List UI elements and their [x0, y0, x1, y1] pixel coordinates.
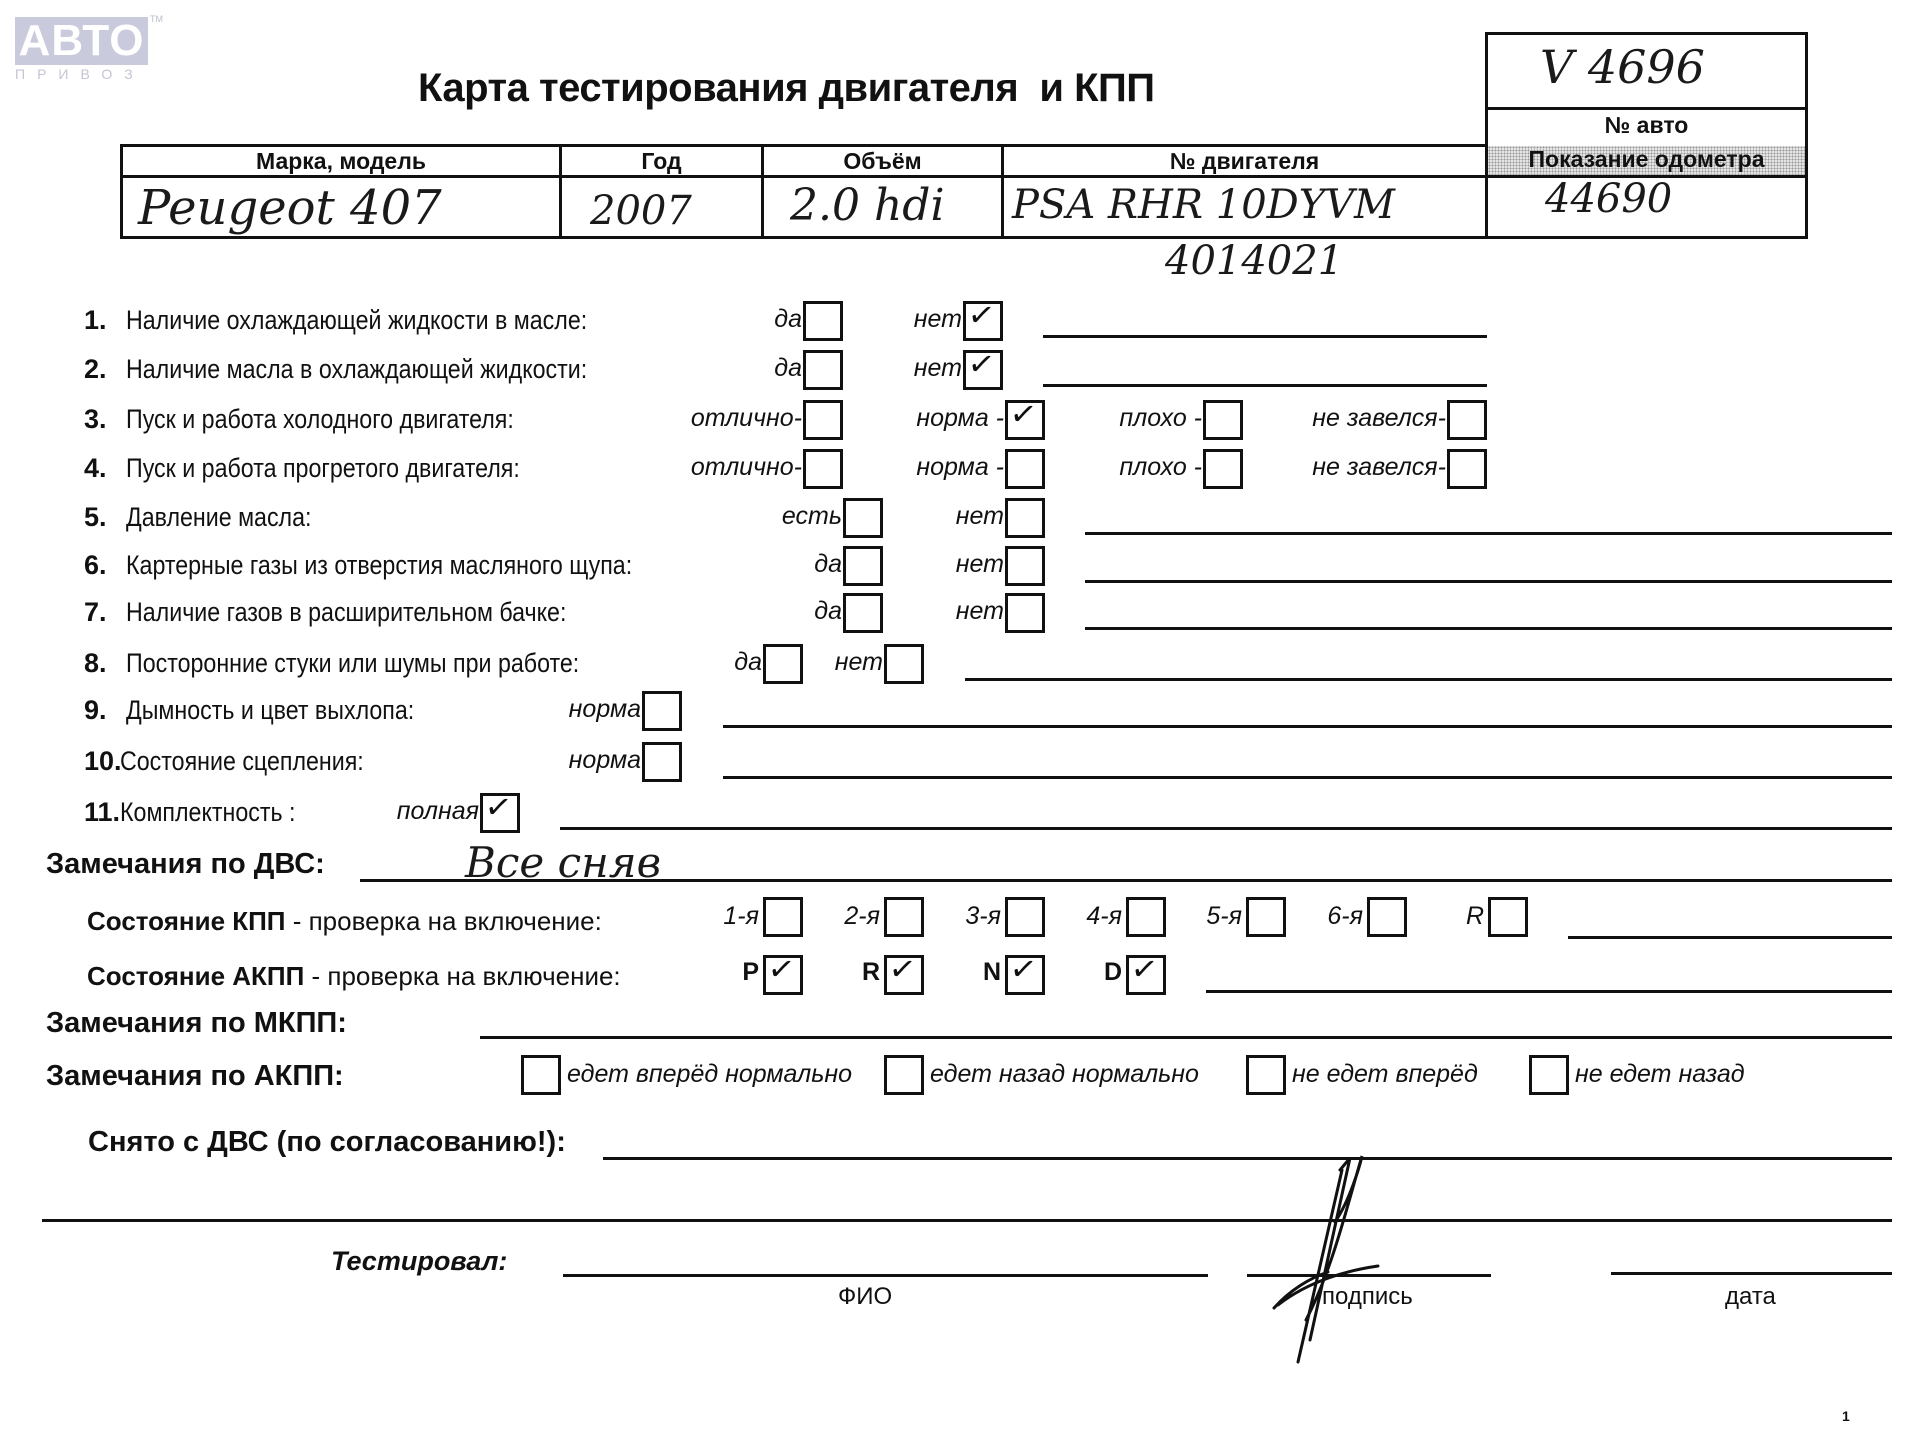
odometer-label: Показание одометра	[1485, 144, 1808, 174]
manual-remarks-line[interactable]	[480, 1036, 1892, 1039]
auto-position-label: P	[742, 958, 759, 987]
checkbox-gear-7[interactable]	[1488, 897, 1528, 937]
checkbox-q10-1[interactable]	[642, 742, 682, 782]
header-volume: Объём	[764, 146, 1001, 176]
auto-gearbox-label: Состояние АКПП - проверка на включение:	[87, 961, 621, 992]
model-value[interactable]: Peugeot 407	[138, 180, 442, 236]
question-number: 6.	[84, 550, 107, 581]
header-model: Марка, модель	[123, 146, 559, 176]
engine-number-value[interactable]: PSA RHR 10DYVM	[1012, 182, 1395, 228]
comment-line[interactable]	[560, 827, 1892, 830]
manual-gearbox-line[interactable]	[1568, 936, 1892, 939]
option-label: нет	[914, 354, 962, 383]
checkmark-icon: ✓	[765, 948, 797, 989]
checkbox-auto-remark-4[interactable]	[1529, 1055, 1569, 1095]
option-label: нет	[956, 597, 1004, 626]
option-label: не завелся-	[1312, 453, 1446, 482]
page-title: Карта тестирования двигателя и КПП	[418, 66, 1155, 111]
comment-line[interactable]	[723, 725, 1892, 728]
question-number: 7.	[84, 597, 107, 628]
question-text: Пуск и работа прогретого двигателя:	[126, 453, 520, 484]
auto-remark-label: едет вперёд нормально	[567, 1060, 852, 1089]
option-label: да	[734, 648, 762, 677]
car-number-label: № авто	[1485, 110, 1808, 140]
question-text: Состояние сцепления:	[120, 746, 364, 777]
question-text: Наличие газов в расширительном бачке:	[126, 597, 566, 628]
engine-number-value-line2[interactable]: 4014021	[1165, 238, 1343, 284]
removed-line[interactable]	[603, 1157, 1892, 1160]
question-number: 1.	[84, 305, 107, 336]
option-label: норма	[569, 746, 641, 775]
checkbox-q8-2[interactable]	[884, 644, 924, 684]
signature-scribble	[1250, 1140, 1430, 1380]
checkbox-q3-3[interactable]	[1203, 400, 1243, 440]
option-label: норма -	[916, 453, 1004, 482]
comment-line[interactable]	[965, 678, 1892, 681]
question-text: Пуск и работа холодного двигателя:	[126, 404, 514, 435]
engine-remarks-label: Замечания по ДВС:	[46, 848, 325, 881]
checkmark-icon: ✓	[1007, 948, 1039, 989]
manual-gearbox-label: Состояние КПП - проверка на включение:	[87, 906, 602, 937]
gear-label: 4-я	[1086, 902, 1122, 931]
checkbox-q4-2[interactable]	[1005, 449, 1045, 489]
odometer-value[interactable]: 44690	[1545, 176, 1672, 222]
checkbox-q1-2[interactable]: ✓	[963, 301, 1003, 341]
checkbox-q2-1[interactable]	[803, 350, 843, 390]
date-caption: дата	[1725, 1283, 1776, 1311]
auto-position-label: N	[983, 958, 1001, 987]
comment-line[interactable]	[1043, 335, 1487, 338]
checkbox-q4-3[interactable]	[1203, 449, 1243, 489]
checkbox-gear-2[interactable]	[884, 897, 924, 937]
auto-remark-label: не едет вперёд	[1292, 1060, 1478, 1089]
checkbox-q6-1[interactable]	[843, 546, 883, 586]
comment-line[interactable]	[1085, 627, 1892, 630]
option-label: полная	[397, 797, 479, 826]
checkbox-q9-1[interactable]	[642, 691, 682, 731]
checkbox-auto-remark-3[interactable]	[1246, 1055, 1286, 1095]
auto-remark-label: едет назад нормально	[930, 1060, 1199, 1089]
option-label: не завелся-	[1312, 404, 1446, 433]
checkbox-q3-4[interactable]	[1447, 400, 1487, 440]
header-year: Год	[562, 146, 761, 176]
auto-position-label: R	[862, 958, 880, 987]
checkbox-q7-1[interactable]	[843, 593, 883, 633]
auto-position-label: D	[1104, 958, 1122, 987]
brand-logo: АВТО	[15, 17, 148, 65]
page-number: 1	[1842, 1408, 1850, 1424]
auto-gearbox-line[interactable]	[1206, 990, 1892, 993]
question-number: 3.	[84, 404, 107, 435]
checkbox-q11-1[interactable]: ✓	[480, 793, 520, 833]
comment-line[interactable]	[1085, 532, 1892, 535]
checkbox-gear-4[interactable]	[1126, 897, 1166, 937]
comment-line[interactable]	[723, 776, 1892, 779]
option-label: норма -	[916, 404, 1004, 433]
gear-label: 1-я	[723, 902, 759, 931]
tested-by-label: Тестировал:	[331, 1246, 507, 1277]
name-line[interactable]	[563, 1274, 1208, 1277]
checkbox-auto-r[interactable]: ✓	[884, 955, 924, 995]
question-text: Давление масла:	[126, 502, 311, 533]
checkmark-icon: ✓	[1007, 393, 1039, 434]
question-number: 8.	[84, 648, 107, 679]
option-label: отлично-	[691, 453, 802, 482]
checkbox-q3-1[interactable]	[803, 400, 843, 440]
checkbox-q1-1[interactable]	[803, 301, 843, 341]
auto-remarks-label: Замечания по АКПП:	[46, 1060, 344, 1093]
checkbox-auto-remark-2[interactable]	[884, 1055, 924, 1095]
option-label: норма	[569, 695, 641, 724]
checkmark-icon: ✓	[482, 786, 514, 827]
checkbox-q4-1[interactable]	[803, 449, 843, 489]
gear-label: 3-я	[965, 902, 1001, 931]
trademark-mark: TM	[150, 14, 163, 24]
question-text: Дымность и цвет выхлопа:	[126, 695, 414, 726]
question-number: 9.	[84, 695, 107, 726]
checkmark-icon: ✓	[965, 294, 997, 335]
option-label: да	[814, 550, 842, 579]
checkbox-gear-5[interactable]	[1246, 897, 1286, 937]
gear-label: R	[1466, 902, 1484, 931]
year-value[interactable]: 2007	[590, 188, 692, 234]
checkbox-auto-p[interactable]: ✓	[763, 955, 803, 995]
checkbox-q4-4[interactable]	[1447, 449, 1487, 489]
checkmark-icon: ✓	[1128, 948, 1160, 989]
checkbox-gear-6[interactable]	[1367, 897, 1407, 937]
checkbox-gear-1[interactable]	[763, 897, 803, 937]
question-text: Посторонние стуки или шумы при работе:	[126, 648, 579, 679]
checkbox-q6-2[interactable]	[1005, 546, 1045, 586]
name-caption: ФИО	[838, 1283, 892, 1311]
date-line[interactable]	[1611, 1272, 1892, 1275]
option-label: нет	[835, 648, 883, 677]
removed-line-2[interactable]	[42, 1219, 1892, 1222]
question-number: 5.	[84, 502, 107, 533]
checkbox-q7-2[interactable]	[1005, 593, 1045, 633]
brand-logo-subtitle: ПРИВОЗ	[15, 66, 150, 82]
question-number: 11.	[84, 797, 120, 828]
option-label: нет	[956, 502, 1004, 531]
question-text: Картерные газы из отверстия масляного щу…	[126, 550, 632, 581]
engine-remarks-line[interactable]	[360, 879, 1892, 882]
question-text: Наличие масла в охлаждающей жидкости:	[126, 354, 587, 385]
checkbox-q5-2[interactable]	[1005, 498, 1045, 538]
manual-remarks-label: Замечания по МКПП:	[46, 1007, 347, 1040]
comment-line[interactable]	[1043, 384, 1487, 387]
checkbox-q3-2[interactable]: ✓	[1005, 400, 1045, 440]
option-label: да	[774, 305, 802, 334]
gear-label: 2-я	[844, 902, 880, 931]
checkbox-auto-d[interactable]: ✓	[1126, 955, 1166, 995]
checkbox-auto-remark-1[interactable]	[521, 1055, 561, 1095]
checkbox-q2-2[interactable]: ✓	[963, 350, 1003, 390]
question-number: 2.	[84, 354, 107, 385]
option-label: плохо -	[1119, 404, 1202, 433]
checkmark-icon: ✓	[886, 948, 918, 989]
option-label: да	[774, 354, 802, 383]
option-label: нет	[956, 550, 1004, 579]
option-label: отлично-	[691, 404, 802, 433]
option-label: плохо -	[1119, 453, 1202, 482]
option-label: нет	[914, 305, 962, 334]
checkbox-auto-n[interactable]: ✓	[1005, 955, 1045, 995]
gear-label: 6-я	[1327, 902, 1363, 931]
gear-label: 5-я	[1206, 902, 1242, 931]
removed-label: Снято с ДВС (по согласованию!):	[88, 1126, 566, 1159]
question-number: 10.	[84, 746, 122, 777]
checkbox-q8-1[interactable]	[763, 644, 803, 684]
car-number-value[interactable]: V 4696	[1540, 40, 1705, 94]
option-label: есть	[782, 502, 842, 531]
option-label: да	[814, 597, 842, 626]
comment-line[interactable]	[1085, 580, 1892, 583]
question-text: Комплектность :	[120, 797, 295, 828]
checkbox-gear-3[interactable]	[1005, 897, 1045, 937]
checkbox-q5-1[interactable]	[843, 498, 883, 538]
checkmark-icon: ✓	[965, 343, 997, 384]
volume-value[interactable]: 2.0 hdi	[790, 180, 945, 231]
auto-remark-label: не едет назад	[1575, 1060, 1745, 1089]
header-engine-number: № двигателя	[1004, 146, 1485, 176]
question-number: 4.	[84, 453, 107, 484]
question-text: Наличие охлаждающей жидкости в масле:	[126, 305, 587, 336]
